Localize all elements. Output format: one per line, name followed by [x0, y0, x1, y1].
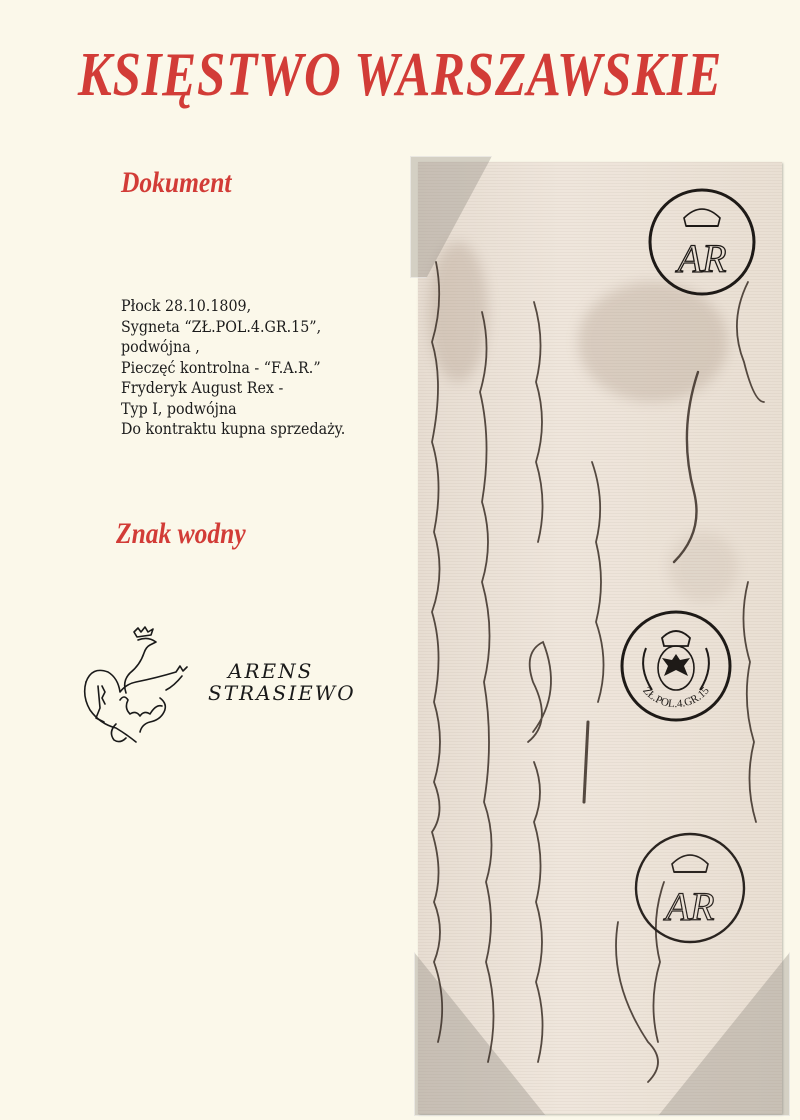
watermark-line: STRASIEWO — [208, 682, 356, 704]
description-line: Typ I, podwójna — [121, 399, 345, 420]
description-line: podwójna , — [121, 337, 345, 358]
page-title: KSIĘSTWO WARSZAWSKIE — [72, 40, 728, 111]
description-line: Fryderyk August Rex - — [121, 378, 345, 399]
svg-text:AR: AR — [675, 236, 727, 281]
description-line: Pieczęć kontrolna - “F.A.R.” — [121, 358, 345, 379]
section-heading-watermark: Znak wodny — [116, 517, 246, 551]
description-line: Płock 28.10.1809, — [121, 296, 345, 317]
watermark-text: ARENS STRASIEWO — [208, 660, 356, 704]
description-line: Sygneta “ZŁ.POL.4.GR.15”, — [121, 317, 345, 338]
svg-text:AR: AR — [663, 884, 715, 929]
far-monogram-seal-icon: AR — [646, 186, 758, 298]
coat-of-arms-seal-icon: ZŁ.POL.4.GR.15 — [618, 608, 734, 724]
description-line: Do kontraktu kupna sprzedaży. — [121, 419, 345, 440]
document-photo: AR ZŁ.POL.4.GR.15 AR — [418, 162, 782, 1114]
svg-text:ZŁ.POL.4.GR.15: ZŁ.POL.4.GR.15 — [640, 684, 712, 710]
watermark-line: ARENS — [228, 660, 356, 682]
far-monogram-seal-bottom-icon: AR — [632, 830, 748, 946]
document-description: Płock 28.10.1809, Sygneta “ZŁ.POL.4.GR.1… — [121, 296, 345, 440]
eagle-watermark-icon — [76, 620, 206, 750]
section-heading-document: Dokument — [121, 166, 232, 200]
